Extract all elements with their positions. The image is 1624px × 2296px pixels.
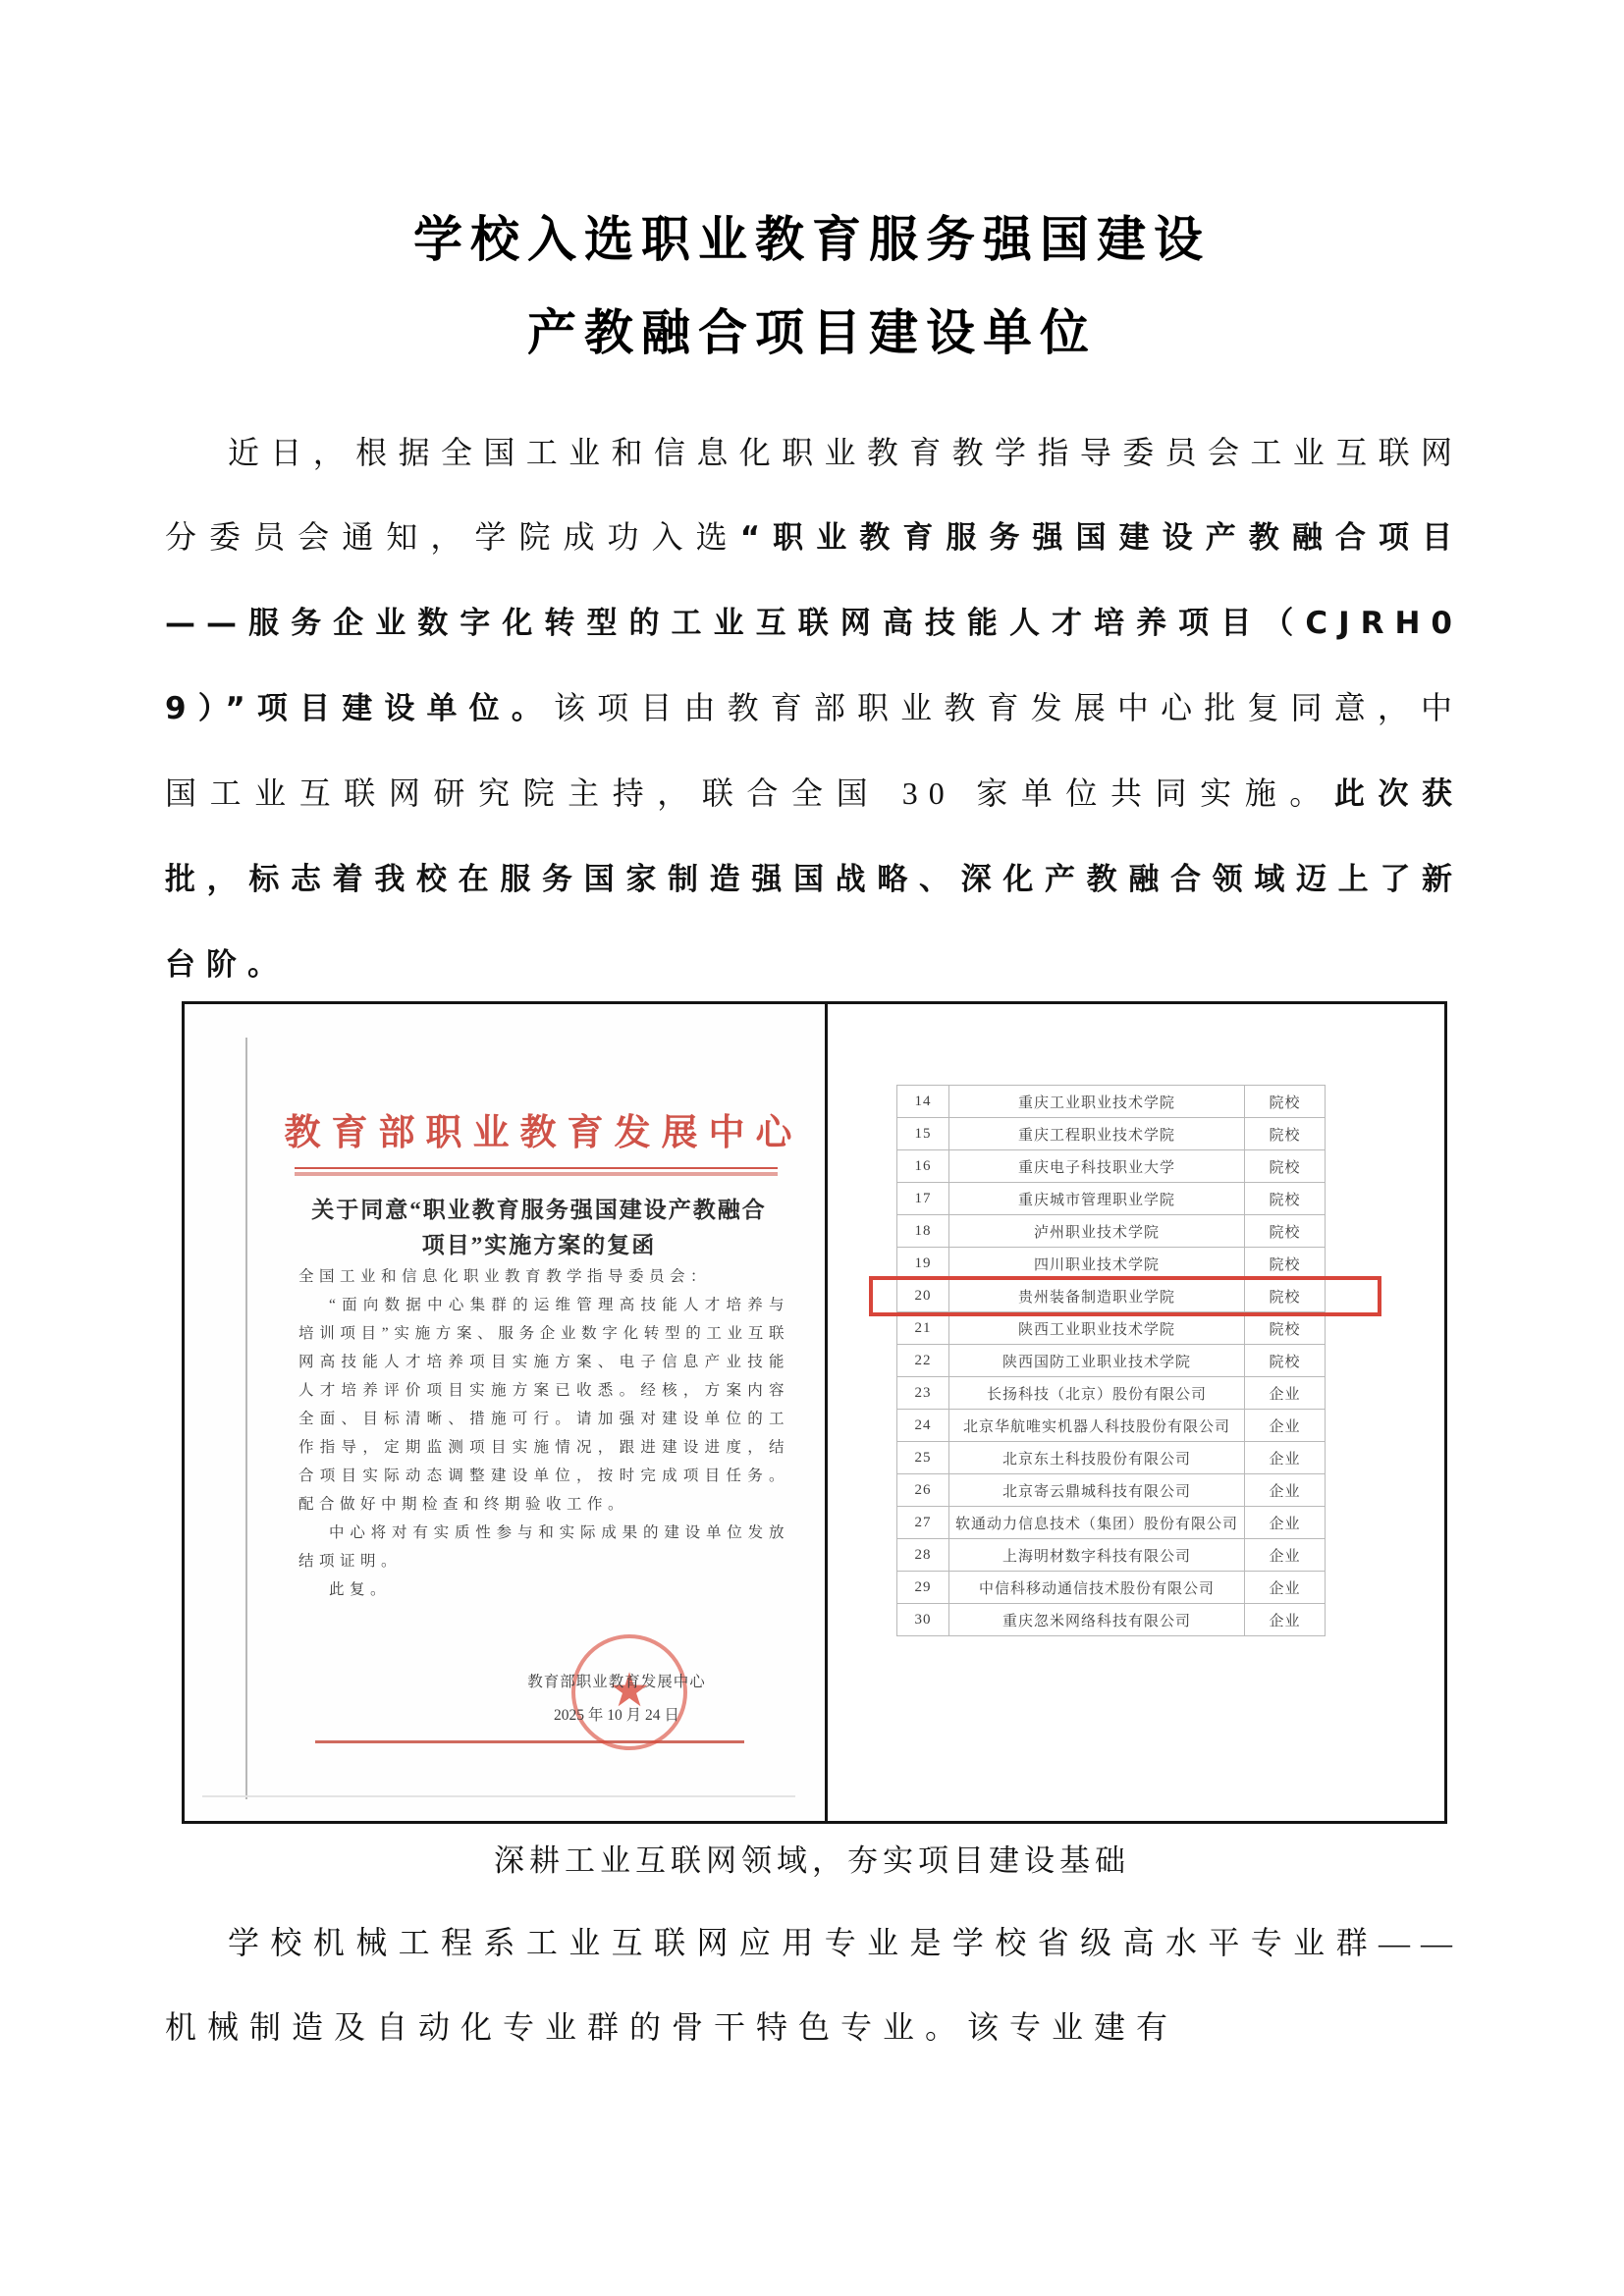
row-no: 27 [897,1507,949,1539]
table-row: 25北京东土科技股份有限公司企业 [897,1442,1326,1474]
paper-bottom-edge [202,1795,795,1797]
row-type: 院校 [1245,1345,1326,1377]
row-no: 14 [897,1086,949,1118]
table-row: 30重庆忽米网络科技有限公司企业 [897,1604,1326,1636]
closing-paragraph: 学校机械工程系工业互联网应用专业是学校省级高水平专业群——机械制造及自动化专业群… [165,1900,1463,2069]
table-row: 14重庆工业职业技术学院院校 [897,1086,1326,1118]
page-title: 学校入选职业教育服务强国建设 产教融合项目建设单位 [0,193,1624,380]
row-type: 院校 [1245,1248,1326,1280]
table-row: 22陕西国防工业职业技术学院院校 [897,1345,1326,1377]
row-name: 重庆忽米网络科技有限公司 [949,1604,1245,1636]
row-name: 上海明材数字科技有限公司 [949,1539,1245,1572]
attachment-figure: 教育部职业教育发展中心 关于同意“职业教育服务强国建设产教融合 项目”实施方案的… [182,1001,1447,1824]
row-no: 18 [897,1215,949,1248]
official-seal-icon: ★ [571,1634,687,1750]
table-row: 19四川职业技术学院院校 [897,1248,1326,1280]
table-row: 16重庆电子科技职业大学院校 [897,1150,1326,1183]
row-name: 软通动力信息技术（集团）股份有限公司 [949,1507,1245,1539]
row-name: 重庆电子科技职业大学 [949,1150,1245,1183]
table-row: 29中信科移动通信技术股份有限公司企业 [897,1572,1326,1604]
row-type: 院校 [1245,1183,1326,1215]
unit-list-panel: 14重庆工业职业技术学院院校15重庆工程职业技术学院院校16重庆电子科技职业大学… [828,1004,1444,1821]
row-type: 企业 [1245,1539,1326,1572]
row-no: 19 [897,1248,949,1280]
row-name: 中信科移动通信技术股份有限公司 [949,1572,1245,1604]
page-title-line2: 产教融合项目建设单位 [0,287,1624,380]
row-name: 长扬科技（北京）股份有限公司 [949,1377,1245,1410]
scan-edge-line [245,1038,247,1799]
row-no: 16 [897,1150,949,1183]
letter-org-name: 教育部职业教育发展中心 [263,1112,813,1155]
table-row: 18泸州职业技术学院院校 [897,1215,1326,1248]
row-no: 28 [897,1539,949,1572]
row-type: 院校 [1245,1312,1326,1345]
row-name: 北京东土科技股份有限公司 [949,1442,1245,1474]
row-name: 四川职业技术学院 [949,1248,1245,1280]
row-no: 23 [897,1377,949,1410]
row-no: 15 [897,1118,949,1150]
row-type: 院校 [1245,1215,1326,1248]
letter-body: 全国工业和信息化职业教育教学指导委员会： “面向数据中心集群的运维管理高技能人才… [298,1262,789,1604]
row-no: 21 [897,1312,949,1345]
row-no: 30 [897,1604,949,1636]
table-row: 15重庆工程职业技术学院院校 [897,1118,1326,1150]
row-name: 北京寄云鼎城科技有限公司 [949,1474,1245,1507]
letter-paragraph-1: “面向数据中心集群的运维管理高技能人才培养与培训项目”实施方案、服务企业数字化转… [298,1291,789,1519]
row-type: 企业 [1245,1572,1326,1604]
table-row: 27软通动力信息技术（集团）股份有限公司企业 [897,1507,1326,1539]
row-no: 26 [897,1474,949,1507]
letter-red-divider [295,1167,778,1172]
letter-closing: 此复。 [298,1575,789,1604]
document-page: 学校入选职业教育服务强国建设 产教融合项目建设单位 近日，根据全国工业和信息化职… [0,0,1624,2296]
row-name: 重庆城市管理职业学院 [949,1183,1245,1215]
letter-paragraph-2: 中心将对有实质性参与和实际成果的建设单位发放结项证明。 [298,1519,789,1575]
table-row: 21陕西工业职业技术学院院校 [897,1312,1326,1345]
row-type: 院校 [1245,1118,1326,1150]
letter-salutation: 全国工业和信息化职业教育教学指导委员会： [298,1262,789,1291]
row-no: 17 [897,1183,949,1215]
row-name: 陕西国防工业职业技术学院 [949,1345,1245,1377]
row-no: 22 [897,1345,949,1377]
intro-paragraph: 近日，根据全国工业和信息化职业教育教学指导委员会工业互联网分委员会通知，学院成功… [165,410,1463,1007]
row-name: 重庆工程职业技术学院 [949,1118,1245,1150]
figure-caption: 深耕工业互联网领域，夯实项目建设基础 [0,1832,1624,1891]
row-type: 企业 [1245,1474,1326,1507]
letter-title-line1: 关于同意“职业教育服务强国建设产教融合 [249,1193,829,1228]
highlight-box [869,1276,1381,1316]
row-type: 企业 [1245,1410,1326,1442]
table-row: 24北京华航唯实机器人科技股份有限公司企业 [897,1410,1326,1442]
table-row: 17重庆城市管理职业学院院校 [897,1183,1326,1215]
letter-date: 2025 年 10 月 24 日 [518,1703,715,1725]
row-name: 泸州职业技术学院 [949,1215,1245,1248]
row-name: 北京华航唯实机器人科技股份有限公司 [949,1410,1245,1442]
row-type: 企业 [1245,1442,1326,1474]
unit-list-table: 14重庆工业职业技术学院院校15重庆工程职业技术学院院校16重庆电子科技职业大学… [896,1085,1326,1636]
row-no: 24 [897,1410,949,1442]
table-row: 26北京寄云鼎城科技有限公司企业 [897,1474,1326,1507]
approval-letter-panel: 教育部职业教育发展中心 关于同意“职业教育服务强国建设产教融合 项目”实施方案的… [185,1004,828,1821]
row-type: 企业 [1245,1377,1326,1410]
row-name: 陕西工业职业技术学院 [949,1312,1245,1345]
row-type: 院校 [1245,1086,1326,1118]
row-no: 25 [897,1442,949,1474]
row-name: 重庆工业职业技术学院 [949,1086,1245,1118]
row-type: 企业 [1245,1507,1326,1539]
row-type: 院校 [1245,1150,1326,1183]
row-no: 29 [897,1572,949,1604]
table-row: 23长扬科技（北京）股份有限公司企业 [897,1377,1326,1410]
page-title-line1: 学校入选职业教育服务强国建设 [0,193,1624,287]
letter-bottom-red-line [315,1740,744,1743]
letter-signature: 教育部职业教育发展中心 [518,1670,715,1691]
table-row: 28上海明材数字科技有限公司企业 [897,1539,1326,1572]
letter-title-line2: 项目”实施方案的复函 [249,1228,829,1263]
row-type: 企业 [1245,1604,1326,1636]
letter-title: 关于同意“职业教育服务强国建设产教融合 项目”实施方案的复函 [249,1193,829,1263]
